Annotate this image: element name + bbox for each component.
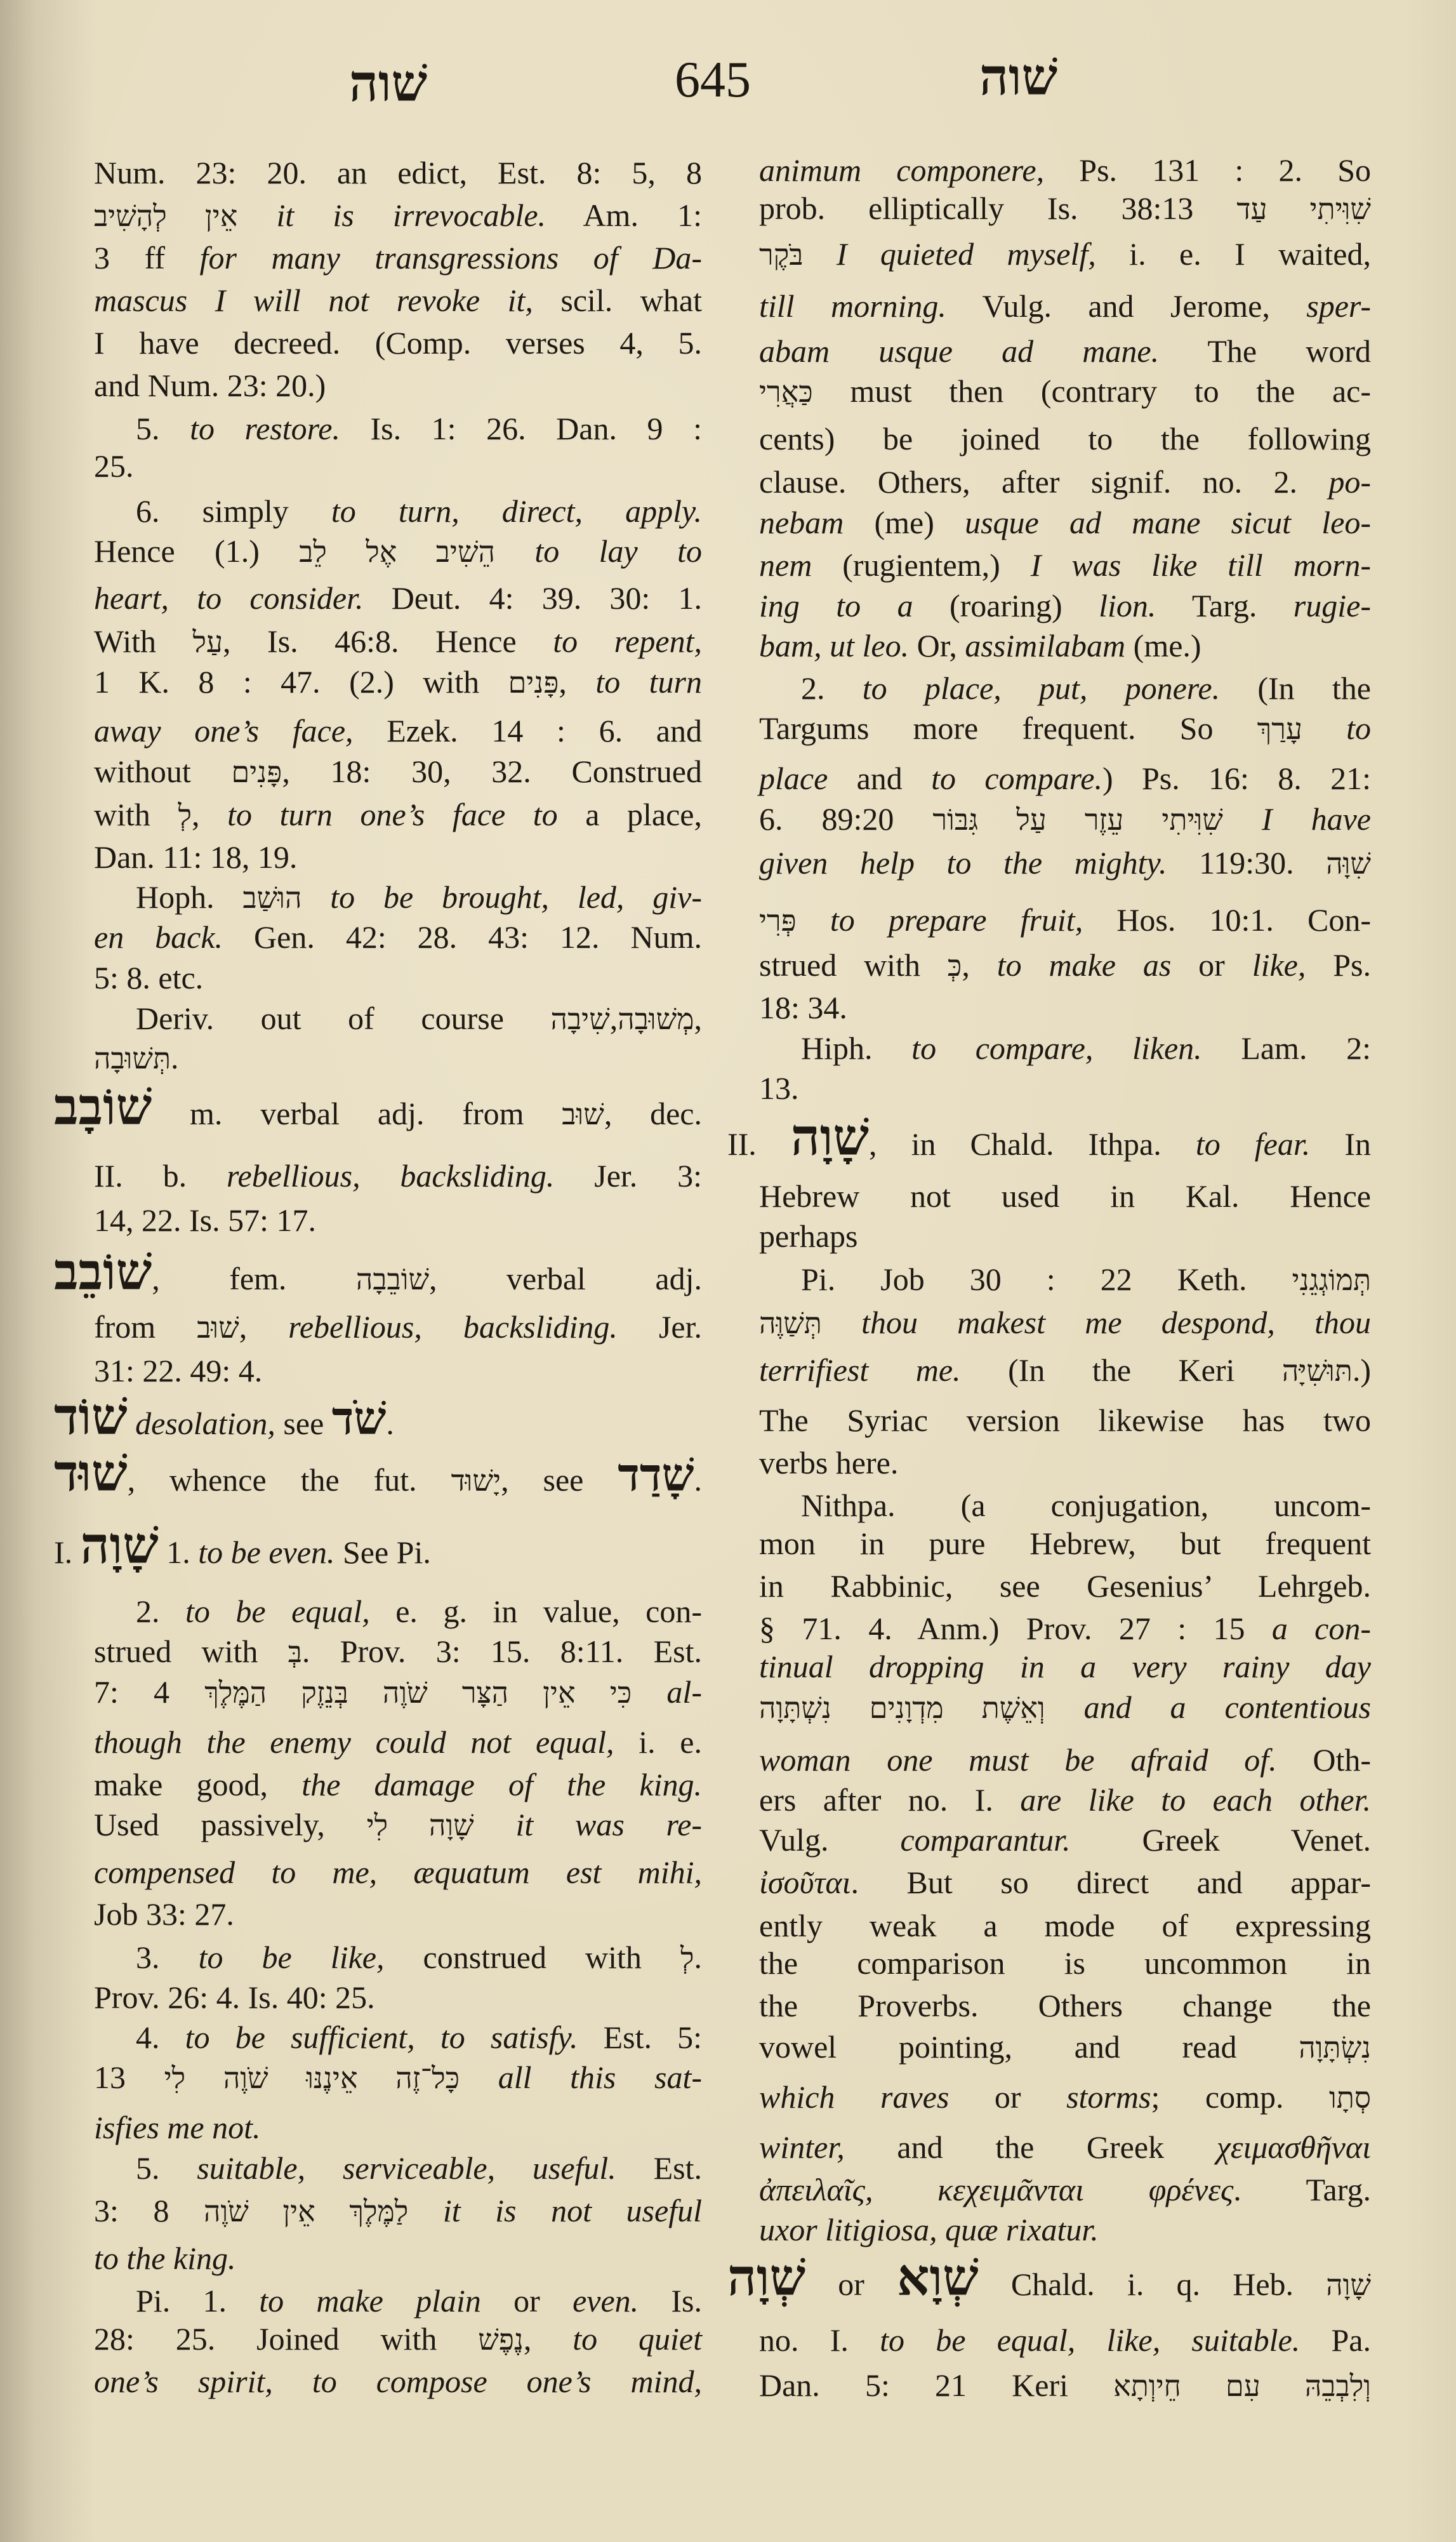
roman-text: Est.	[616, 2150, 702, 2186]
dictionary-line: terrifiest me. (In the Keri תּוּשִׁיָּה.…	[759, 1351, 1371, 1389]
dictionary-line: clause. Others, after signif. no. 2. po-	[759, 463, 1371, 501]
hebrew-text: אֵין לְהָשִׁיב	[94, 200, 237, 232]
dictionary-line: mascus I will not revoke it, scil. what	[94, 281, 702, 319]
roman-text: Hebrew not used in Kal. Hence	[759, 1178, 1371, 1214]
italic-text: a con-	[1272, 1611, 1371, 1646]
dictionary-line: bam, ut leo. Or, assimilabam (me.)	[759, 627, 1371, 665]
roman-text: construed with	[384, 1940, 680, 1975]
roman-text: or	[805, 2266, 897, 2302]
italic-text: the damage of the king.	[301, 1767, 702, 1802]
italic-text: to be even.	[198, 1534, 334, 1570]
hebrew-headword: שׁוֹבָב	[54, 1080, 152, 1136]
roman-text: Jer. 3:	[554, 1158, 702, 1194]
dictionary-line: כַּאֲרִי must then (contrary to the ac-	[759, 372, 1371, 410]
roman-text: i. e. I waited,	[1096, 236, 1371, 272]
dictionary-line: nem (rugientem,) I was like till morn-	[759, 546, 1371, 584]
roman-text: a place,	[558, 797, 702, 832]
hebrew-text: פְּרִי	[759, 905, 797, 937]
roman-text: e. g. in value, con-	[370, 1594, 702, 1629]
dictionary-line: to the king.	[94, 2239, 702, 2277]
italic-text: isfies me not.	[94, 2110, 260, 2145]
roman-text: Dan. 5: 21 Keri	[759, 2367, 1113, 2403]
dictionary-line: and Num. 23: 20.)	[94, 366, 702, 404]
hebrew-text: יָשׁוּד	[451, 1465, 501, 1497]
dictionary-line: 31: 22. 49: 4.	[94, 1352, 702, 1390]
italic-text: abam usque ad mane.	[759, 333, 1159, 369]
dictionary-line: 6. 89:20 שִׁוִּיתִי עֵזֶר עַל גִּבּוֹר I…	[759, 800, 1371, 838]
dictionary-line: בֹּקֶר I quieted myself, i. e. I waited,	[759, 235, 1371, 273]
dictionary-line: Dan. 5: 21 Keri וְלִבְבֵהּ עִם חֵיוְתָא	[759, 2366, 1371, 2404]
hebrew-text: נִשְׂתָּוָה	[1299, 2032, 1371, 2064]
italic-text: away one’s face,	[94, 713, 354, 749]
dictionary-line: ἰσοῦται. But so direct and appar-	[759, 1863, 1371, 1901]
roman-text: 4.	[136, 2020, 185, 2055]
dictionary-line: heart, to consider. Deut. 4: 39. 30: 1.	[94, 579, 702, 617]
roman-text: cents) be joined to the following	[759, 421, 1371, 456]
hebrew-text: כַּאֲרִי	[759, 376, 813, 408]
roman-text: 25.	[94, 448, 134, 484]
italic-text: rugie-	[1294, 588, 1371, 623]
entry-headword-line: שְׁוָה or שְׁוָא Chald. i. q. Heb. שָׁוָ…	[727, 2265, 1371, 2303]
roman-text: 1 K. 8 : 47. (2.) with	[94, 664, 508, 700]
italic-text: to	[1302, 710, 1371, 746]
italic-text: it was re-	[474, 1807, 702, 1842]
roman-text: Num. 23: 20. an edict, Est. 8: 5, 8	[94, 155, 702, 190]
roman-text: II.	[727, 1126, 791, 1162]
dictionary-line: one’s spirit, to compose one’s mind,	[94, 2362, 702, 2400]
dictionary-line: the comparison is uncommon in	[759, 1944, 1371, 1982]
italic-text: to restore.	[190, 411, 340, 446]
dictionary-line: nebam (me) usque ad mane sicut leo-	[759, 503, 1371, 542]
dictionary-line: 13 כָּל־זֶה אֵינֶנּוּ שֹׁוֶה לִי all thi…	[94, 2058, 702, 2096]
italic-text: I quieted myself,	[803, 236, 1095, 272]
hebrew-text: הֵשִׁיב אֶל לֵב	[299, 536, 495, 568]
dictionary-line: abam usque ad mane. The word	[759, 332, 1371, 370]
dictionary-line: strued with כְּ, to make as or like, Ps.	[759, 946, 1371, 984]
italic-text: heart, to consider.	[94, 580, 364, 616]
dictionary-line: 2. to be equal, e. g. in value, con-	[94, 1592, 702, 1630]
dictionary-line: ers after no. I. are like to each other.	[759, 1781, 1371, 1819]
dictionary-line: animum componere, Ps. 131 : 2. So	[759, 151, 1371, 189]
dictionary-line: mon in pure Hebrew, but frequent	[759, 1524, 1371, 1562]
roman-text: the comparison is uncommon in	[759, 1945, 1371, 1981]
roman-text: The Syriac version likewise has two	[759, 1402, 1371, 1438]
dictionary-line: Prov. 26: 4. Is. 40: 25.	[94, 1978, 702, 2016]
roman-text: 6. simply	[136, 493, 331, 529]
roman-text: 14, 22. Is. 57: 17.	[94, 1202, 316, 1238]
hebrew-text: עָרַךְ	[1257, 713, 1302, 745]
roman-text: Pa.	[1300, 2322, 1371, 2358]
italic-text: to be brought, led, giv-	[301, 879, 702, 915]
italic-text: winter,	[759, 2129, 845, 2165]
entry-headword-line: שׁוֹבָב m. verbal adj. from שׁוּב, dec.	[54, 1095, 702, 1133]
roman-text: scil. what	[533, 283, 702, 318]
dictionary-line: Hoph. הוּשַׁב to be brought, led, giv-	[94, 878, 702, 916]
italic-text: lion.	[1099, 588, 1156, 623]
roman-text: Hos. 10:1. Con-	[1083, 902, 1371, 938]
dictionary-line: Pi. 1. to make plain or even. Is.	[94, 2282, 702, 2320]
italic-text: po-	[1328, 464, 1371, 500]
dictionary-line: 4. to be sufficient, to satisfy. Est. 5:	[94, 2018, 702, 2056]
roman-text: and Num. 23: 20.)	[94, 368, 326, 403]
roman-text: ers after no. I.	[759, 1782, 1020, 1818]
italic-text: thou makest me despond, thou	[822, 1305, 1371, 1340]
roman-text: ,	[962, 947, 996, 983]
dictionary-line: vowel pointing, and read נִשְׂתָּוָה	[759, 2028, 1371, 2066]
dictionary-line: 5: 8. etc.	[94, 959, 702, 997]
roman-text: ,	[192, 797, 227, 832]
hebrew-text: בְּ	[288, 1636, 302, 1668]
dictionary-line: 18: 34.	[759, 988, 1371, 1027]
roman-text: 5.	[136, 2150, 197, 2186]
roman-text: See Pi.	[334, 1534, 430, 1570]
roman-text: perhaps	[759, 1218, 858, 1254]
dictionary-line: tinual dropping in a very rainy day	[759, 1647, 1371, 1686]
hebrew-text: וְלִבְבֵהּ עִם חֵיוְתָא	[1113, 2370, 1371, 2402]
roman-text: mon in pure Hebrew, but frequent	[759, 1526, 1371, 1561]
roman-text: Prov. 26: 4. Is. 40: 25.	[94, 1980, 375, 2015]
roman-text: m. verbal adj. from	[152, 1096, 562, 1131]
roman-text: Targums more frequent. So	[759, 710, 1257, 746]
roman-text: The word	[1159, 333, 1371, 369]
roman-text: ,	[559, 664, 595, 700]
dictionary-line: perhaps	[759, 1217, 1371, 1255]
roman-text: .	[694, 1940, 703, 1975]
roman-text: ) Ps. 16: 8. 21:	[1102, 761, 1371, 796]
roman-text: Or,	[909, 628, 965, 663]
entry-headword-line: שׁוֹד desolation, see שֹׁד.	[54, 1404, 702, 1442]
dictionary-line: en back. Gen. 42: 28. 43: 12. Num.	[94, 918, 702, 956]
italic-text: to be like,	[199, 1940, 385, 1975]
italic-text: one’s spirit, to compose one’s mind,	[94, 2364, 702, 2399]
roman-text: . But so direct and appar-	[851, 1865, 1371, 1900]
dictionary-line: compensed to me, æquatum est mihi,	[94, 1853, 702, 1891]
dictionary-line: פְּרִי to prepare fruit, Hos. 10:1. Con-	[759, 901, 1371, 939]
hebrew-text: כָּל־זֶה אֵינֶנּוּ שֹׁוֶה לִי	[164, 2062, 460, 2094]
italic-text: sper-	[1306, 288, 1371, 324]
dictionary-line: winter, and the Greek χειμασθῆναι	[759, 2128, 1371, 2166]
roman-text: Nithpa. (a conjugation, uncom-	[801, 1487, 1371, 1523]
roman-text: Hence (1.)	[94, 533, 299, 569]
roman-text: Est. 5:	[578, 2020, 702, 2055]
italic-text: even.	[572, 2283, 639, 2319]
italic-text: to fear.	[1196, 1126, 1310, 1162]
dictionary-line: Used passively, שָׁוָה לִי it was re-	[94, 1806, 702, 1844]
roman-text: Pi. 1.	[136, 2283, 259, 2319]
hebrew-text: עַל	[192, 626, 223, 658]
dictionary-line: תְּשַׁוֶּה thou makest me despond, thou	[759, 1303, 1371, 1341]
dictionary-line: till morning. Vulg. and Jerome, sper-	[759, 287, 1371, 325]
italic-text: it is irrevocable.	[237, 197, 546, 233]
italic-text: place	[759, 761, 828, 796]
dictionary-line: Nithpa. (a conjugation, uncom-	[759, 1486, 1371, 1524]
dictionary-line: no. I. to be equal, like, suitable. Pa.	[759, 2321, 1371, 2359]
roman-text: .	[386, 1406, 394, 1441]
roman-text: ,	[524, 2321, 572, 2357]
hebrew-text: שִׁוִּיתִי עַד	[1236, 193, 1371, 225]
italic-text: to prepare fruit,	[797, 902, 1083, 938]
hebrew-headword: שׁוֹד	[54, 1390, 128, 1446]
roman-text: Hiph.	[801, 1030, 911, 1066]
roman-text: I.	[54, 1534, 81, 1570]
roman-text: , fem.	[152, 1261, 356, 1296]
italic-text: rebellious, backsliding.	[288, 1309, 618, 1345]
roman-text: in Rabbinic, see Gesenius’ Lehrgeb.	[759, 1568, 1371, 1604]
entry-headword-line: שׁוֹבֵב, fem. שׁוֹבֵבָה, verbal adj.	[54, 1260, 702, 1298]
dictionary-line: אֵין לְהָשִׁיב it is irrevocable. Am. 1:	[94, 196, 702, 234]
roman-text: 2.	[136, 1594, 185, 1629]
italic-text: to turn one’s face to	[227, 797, 558, 832]
dictionary-line: 3: 8 לַמֶּלֶךְ אֵין שֹׁוֶה it is not use…	[94, 2192, 702, 2230]
roman-text: make good,	[94, 1767, 301, 1802]
roman-text: 5.	[136, 411, 190, 446]
hebrew-text: כְּ	[948, 950, 962, 982]
roman-text: verbs here.	[759, 1445, 898, 1481]
dictionary-line: 5. to restore. Is. 1: 26. Dan. 9 :	[94, 409, 702, 448]
dictionary-line: uxor litigiosa, quæ rixatur.	[759, 2211, 1371, 2249]
hebrew-text: שָׁוָה	[1326, 2269, 1371, 2301]
dictionary-line: ently weak a mode of expressing	[759, 1906, 1371, 1945]
dictionary-line: strued with בְּ. Prov. 3: 15. 8:11. Est.	[94, 1632, 702, 1670]
italic-text: desolation,	[135, 1406, 275, 1441]
italic-text: it is not useful	[408, 2193, 702, 2228]
italic-text: given help to the mighty.	[759, 845, 1167, 881]
hebrew-text: סְתָו	[1329, 2082, 1371, 2114]
dictionary-line: 7: 4 כִּי אֵין הַצָּר שֹׁוֶה בְּנֵזֶק הַ…	[94, 1673, 702, 1711]
left-column: Num. 23: 20. an edict, Est. 8: 5, 8 אֵין…	[94, 0, 702, 2542]
dictionary-line: 3. to be like, construed with לְ.	[94, 1938, 702, 1976]
italic-text: to repent,	[553, 623, 702, 659]
italic-text: to compare, liken.	[911, 1030, 1201, 1066]
roman-text: Is. 1: 26. Dan. 9 :	[340, 411, 702, 446]
hebrew-headword: שָׁוָה	[81, 1519, 159, 1574]
italic-text: like,	[1252, 947, 1306, 983]
roman-text: Ps. 131 : 2. So	[1044, 152, 1371, 188]
dictionary-line: II. b. rebellious, backsliding. Jer. 3:	[94, 1157, 702, 1195]
dictionary-line: 13.	[759, 1069, 1371, 1107]
italic-text: storms	[1066, 2079, 1151, 2115]
roman-text	[128, 1406, 136, 1441]
italic-text: to turn, direct, apply.	[331, 493, 702, 529]
hebrew-text: תּוּשִׁיָּה	[1282, 1355, 1353, 1387]
hebrew-text: תְּשׁוּבָה	[94, 1042, 171, 1075]
roman-text: prob. elliptically Is. 38:13	[759, 190, 1236, 226]
hebrew-text: בֹּקֶר	[759, 239, 803, 271]
roman-text: 7: 4	[94, 1674, 204, 1710]
hebrew-text: תְּשַׁוֶּה	[759, 1307, 822, 1340]
hebrew-text: לַמֶּלֶךְ אֵין שֹׁוֶה	[204, 2195, 408, 2228]
roman-text: Hoph.	[136, 879, 242, 915]
italic-text: all this sat-	[460, 2060, 702, 2095]
dictionary-line: Targums more frequent. So עָרַךְ to	[759, 709, 1371, 747]
hebrew-headword: שׁוּד	[54, 1446, 128, 1502]
dictionary-line: 6. simply to turn, direct, apply.	[94, 492, 702, 530]
italic-text: mascus I will not revoke it,	[94, 283, 533, 318]
roman-text: i. e.	[614, 1724, 702, 1760]
roman-text: (rugientem,)	[812, 547, 1030, 583]
roman-text: .	[171, 1040, 179, 1075]
roman-text: (In the	[1220, 670, 1371, 706]
italic-text: comparantur.	[900, 1822, 1070, 1858]
italic-text: assimilabam	[965, 628, 1125, 663]
roman-text: (roaring)	[913, 588, 1099, 623]
roman-text: Oth-	[1277, 1742, 1371, 1778]
roman-text: Vulg.	[759, 1822, 900, 1858]
roman-text: , in Chald. Ithpa.	[869, 1126, 1196, 1162]
hebrew-text: שׁוֹבֵבָה	[356, 1263, 429, 1296]
dictionary-line: 1 K. 8 : 47. (2.) with פָּנִים, to turn	[94, 663, 702, 701]
hebrew-text: שָׁוָה לִי	[367, 1809, 474, 1842]
dictionary-line: Deriv. out of course שִׁיבָה,מְשׁוּבָה,	[94, 999, 702, 1037]
hebrew-headword: שְׁוָה	[727, 2251, 805, 2306]
roman-text: Vulg. and Jerome,	[946, 288, 1306, 324]
italic-text: to compare.	[931, 761, 1102, 796]
roman-text: I have decreed. (Comp. verses 4, 5.	[94, 325, 702, 361]
roman-text: .	[694, 1462, 703, 1498]
hebrew-cross-reference: שֹׁד	[332, 1394, 387, 1444]
dictionary-line: which raves or storms; comp. סְתָו	[759, 2078, 1371, 2116]
roman-text: (me.)	[1125, 628, 1201, 663]
roman-text: .)	[1353, 1352, 1371, 1388]
roman-text: ,	[610, 1001, 618, 1036]
dictionary-line: 5. suitable, serviceable, useful. Est.	[94, 2149, 702, 2187]
roman-text: Jer.	[618, 1309, 702, 1345]
hebrew-text: לְ	[680, 1942, 694, 1974]
dictionary-line: תְּשׁוּבָה.	[94, 1039, 702, 1077]
roman-text: 3.	[136, 1940, 199, 1975]
roman-text: 3 ff	[94, 240, 200, 276]
italic-text: uxor litigiosa, quæ rixatur.	[759, 2212, 1099, 2247]
roman-text: the Proverbs. Others change the	[759, 1988, 1371, 2023]
italic-text: though the enemy could not equal,	[94, 1724, 614, 1760]
dictionary-line: place and to compare.) Ps. 16: 8. 21:	[759, 759, 1371, 797]
dictionary-line: 28: 25. Joined with נֶפֶשׁ, to quiet	[94, 2320, 702, 2358]
roman-text: and the Greek	[845, 2129, 1217, 2165]
roman-text: ently weak a mode of expressing	[759, 1908, 1371, 1943]
roman-text: In	[1310, 1126, 1371, 1162]
roman-text: 3: 8	[94, 2193, 204, 2228]
entry-headword-line: I. שָׁוָה 1. to be even. See Pi.	[54, 1533, 702, 1571]
roman-text: 13	[94, 2060, 164, 2095]
roman-text: . Targ.	[1233, 2172, 1371, 2207]
dictionary-line: isfies me not.	[94, 2108, 702, 2146]
roman-text: 28: 25. Joined with	[94, 2321, 478, 2357]
roman-text: ; comp.	[1151, 2079, 1329, 2115]
dictionary-line: Hebrew not used in Kal. Hence	[759, 1177, 1371, 1215]
hebrew-text: נֶפֶשׁ	[478, 2324, 524, 2356]
italic-text: I have	[1223, 801, 1371, 837]
roman-text: Job 33: 27.	[94, 1896, 234, 1932]
italic-text: nebam	[759, 505, 844, 540]
hebrew-text: שׁוּב	[197, 1312, 239, 1344]
hebrew-headword: שְׁוָא	[897, 2251, 978, 2306]
dictionary-line: in Rabbinic, see Gesenius’ Lehrgeb.	[759, 1567, 1371, 1605]
dictionary-line: וְאֵשֶׁת מִדְוָנִים נִשְׁתָּוָה and a co…	[759, 1688, 1371, 1726]
dictionary-line: Hence (1.) הֵשִׁיב אֶל לֵב to lay to	[94, 532, 702, 570]
italic-text: to quiet	[572, 2321, 702, 2357]
italic-text: to turn	[595, 664, 702, 700]
italic-text: nem	[759, 547, 812, 583]
dictionary-line: Num. 23: 20. an edict, Est. 8: 5, 8	[94, 154, 702, 192]
hebrew-text: וְאֵשֶׁת מִדְוָנִים נִשְׁתָּוָה	[759, 1692, 1045, 1724]
italic-text: compensed to me, æquatum est mihi,	[94, 1854, 702, 1890]
dictionary-line: make good, the damage of the king.	[94, 1766, 702, 1804]
dictionary-line: ἀπειλαῖς, κεχειμᾶνται φρένες. Targ.	[759, 2171, 1371, 2209]
dictionary-line: from שׁוּב, rebellious, backsliding. Jer…	[94, 1308, 702, 1346]
dictionary-line: The Syriac version likewise has two	[759, 1401, 1371, 1439]
roman-text: with	[94, 797, 178, 832]
italic-text: animum componere,	[759, 152, 1044, 188]
dictionary-line: I have decreed. (Comp. verses 4, 5.	[94, 324, 702, 362]
hebrew-text: שִׁיבָה	[551, 1003, 610, 1035]
italic-text: to be equal, like, suitable.	[880, 2322, 1300, 2358]
roman-text: clause. Others, after signif. no. 2.	[759, 464, 1328, 500]
dictionary-line: Dan. 11: 18, 19.	[94, 838, 702, 876]
roman-text: (In the Keri	[961, 1352, 1282, 1388]
roman-text: II. b.	[94, 1158, 227, 1194]
roman-text: or	[949, 2079, 1066, 2115]
italic-text: which raves	[759, 2079, 949, 2115]
roman-text: see	[275, 1406, 332, 1441]
dictionary-line: 2. to place, put, ponere. (In the	[759, 669, 1371, 707]
italic-text: ing to a	[759, 588, 913, 623]
dictionary-line: prob. elliptically Is. 38:13 שִׁוִּיתִי …	[759, 189, 1371, 227]
hebrew-text: שׁוּב	[562, 1098, 604, 1131]
roman-text: Is.	[639, 2283, 702, 2319]
dictionary-line: ing to a (roaring) lion. Targ. rugie-	[759, 587, 1371, 625]
dictionary-line: away one’s face, Ezek. 14 : 6. and	[94, 712, 702, 750]
roman-text: Am. 1:	[546, 197, 702, 233]
roman-text: , 18: 30, 32. Construed	[282, 754, 702, 789]
hebrew-text: שִׁוִּיתִי עֵזֶר עַל גִּבּוֹר	[932, 804, 1222, 836]
roman-text: Deriv. out of course	[136, 1001, 551, 1036]
roman-text: Gen. 42: 28. 43: 12. Num.	[223, 919, 702, 955]
hebrew-cross-reference: שָׁדַד	[618, 1450, 694, 1501]
italic-text: to make as	[997, 947, 1172, 983]
hebrew-text: שִׁוָּה	[1326, 848, 1371, 880]
italic-text: I was like till morn-	[1031, 547, 1371, 583]
roman-text: must then (contrary to the ac-	[813, 373, 1371, 409]
italic-text: are like to each other.	[1020, 1782, 1371, 1818]
roman-text: Lam. 2:	[1202, 1030, 1371, 1066]
dictionary-line: though the enemy could not equal, i. e.	[94, 1723, 702, 1761]
roman-text: or	[481, 2283, 572, 2319]
dictionary-line: Vulg. comparantur. Greek Venet.	[759, 1821, 1371, 1859]
roman-text: , whence the fut.	[128, 1462, 451, 1498]
roman-text: or	[1171, 947, 1252, 983]
roman-text: strued with	[94, 1634, 288, 1669]
roman-text: 13.	[759, 1070, 799, 1106]
dictionary-line: Hiph. to compare, liken. Lam. 2:	[759, 1029, 1371, 1067]
hebrew-text: מְשׁוּבָה	[618, 1003, 694, 1035]
italic-text: for many transgressions of Da-	[200, 240, 702, 276]
hebrew-text: פָּנִים	[231, 756, 282, 789]
roman-text: 119:30.	[1167, 845, 1326, 881]
roman-text: no. I.	[759, 2322, 880, 2358]
italic-text: to the king.	[94, 2240, 236, 2276]
italic-text: rebellious, backsliding.	[227, 1158, 554, 1194]
roman-text: and	[828, 761, 931, 796]
right-column: animum componere, Ps. 131 : 2. So prob. …	[759, 0, 1371, 2542]
entry-headword-line: שׁוּד, whence the fut. יָשׁוּד, see שָׁד…	[54, 1461, 702, 1499]
dictionary-line: cents) be joined to the following	[759, 420, 1371, 458]
hebrew-text: פָּנִים	[508, 667, 559, 699]
dictionary-line: woman one must be afraid of. Oth-	[759, 1741, 1371, 1779]
roman-text: 2.	[801, 670, 863, 706]
dictionary-line: with לְ, to turn one’s face to a place,	[94, 795, 702, 834]
roman-text: from	[94, 1309, 197, 1345]
hebrew-text: כִּי אֵין הַצָּר שֹׁוֶה בְּנֵזֶק הַמֶּלֶ…	[204, 1677, 632, 1709]
